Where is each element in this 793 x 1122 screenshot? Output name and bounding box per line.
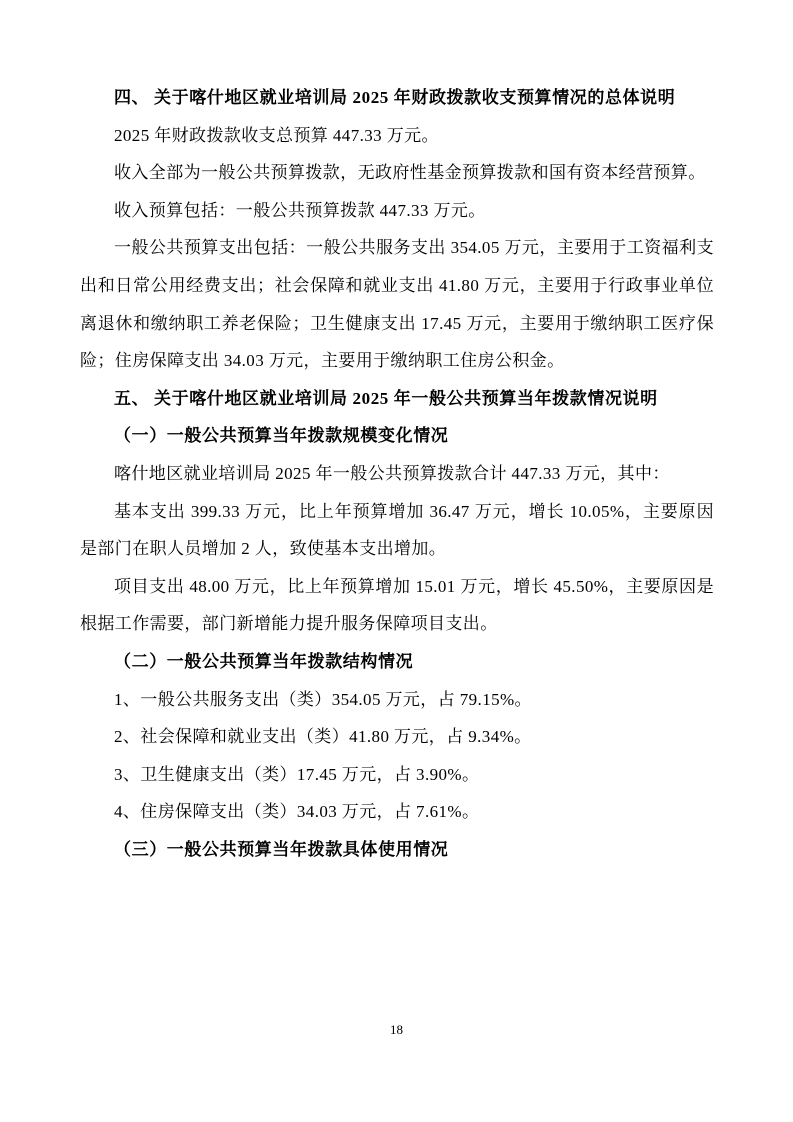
para-total-budget: 2025 年财政拨款收支总预算 447.33 万元。 bbox=[80, 117, 714, 155]
para-basic-expenditure: 基本支出 399.33 万元，比上年预算增加 36.47 万元，增长 10.05… bbox=[80, 493, 714, 568]
list-item-social-security: 2、社会保障和就业支出（类）41.80 万元，占 9.34%。 bbox=[80, 718, 714, 756]
heading-section-5-2: （二）一般公共预算当年拨款结构情况 bbox=[80, 643, 714, 681]
heading-section-5: 五、 关于喀什地区就业培训局 2025 年一般公共预算当年拨款情况说明 bbox=[80, 380, 714, 418]
document-page: 四、 关于喀什地区就业培训局 2025 年财政拨款收支预算情况的总体说明 202… bbox=[0, 0, 793, 1122]
page-number: 18 bbox=[0, 1022, 793, 1038]
list-item-housing: 4、住房保障支出（类）34.03 万元，占 7.61%。 bbox=[80, 793, 714, 831]
para-income-budget: 收入预算包括：一般公共预算拨款 447.33 万元。 bbox=[80, 192, 714, 230]
list-item-general-service: 1、一般公共服务支出（类）354.05 万元，占 79.15%。 bbox=[80, 681, 714, 719]
list-item-health: 3、卫生健康支出（类）17.45 万元，占 3.90%。 bbox=[80, 756, 714, 794]
heading-section-5-3: （三）一般公共预算当年拨款具体使用情况 bbox=[80, 831, 714, 869]
para-income-source: 收入全部为一般公共预算拨款，无政府性基金预算拨款和国有资本经营预算。 bbox=[80, 154, 714, 192]
heading-section-4: 四、 关于喀什地区就业培训局 2025 年财政拨款收支预算情况的总体说明 bbox=[80, 79, 714, 117]
para-appropriation-total: 喀什地区就业培训局 2025 年一般公共预算拨款合计 447.33 万元，其中： bbox=[80, 455, 714, 493]
para-project-expenditure: 项目支出 48.00 万元，比上年预算增加 15.01 万元，增长 45.50%… bbox=[80, 568, 714, 643]
heading-section-5-1: （一）一般公共预算当年拨款规模变化情况 bbox=[80, 417, 714, 455]
para-expenditure-breakdown: 一般公共预算支出包括：一般公共服务支出 354.05 万元，主要用于工资福利支出… bbox=[80, 229, 714, 379]
document-content: 四、 关于喀什地区就业培训局 2025 年财政拨款收支预算情况的总体说明 202… bbox=[80, 79, 714, 868]
